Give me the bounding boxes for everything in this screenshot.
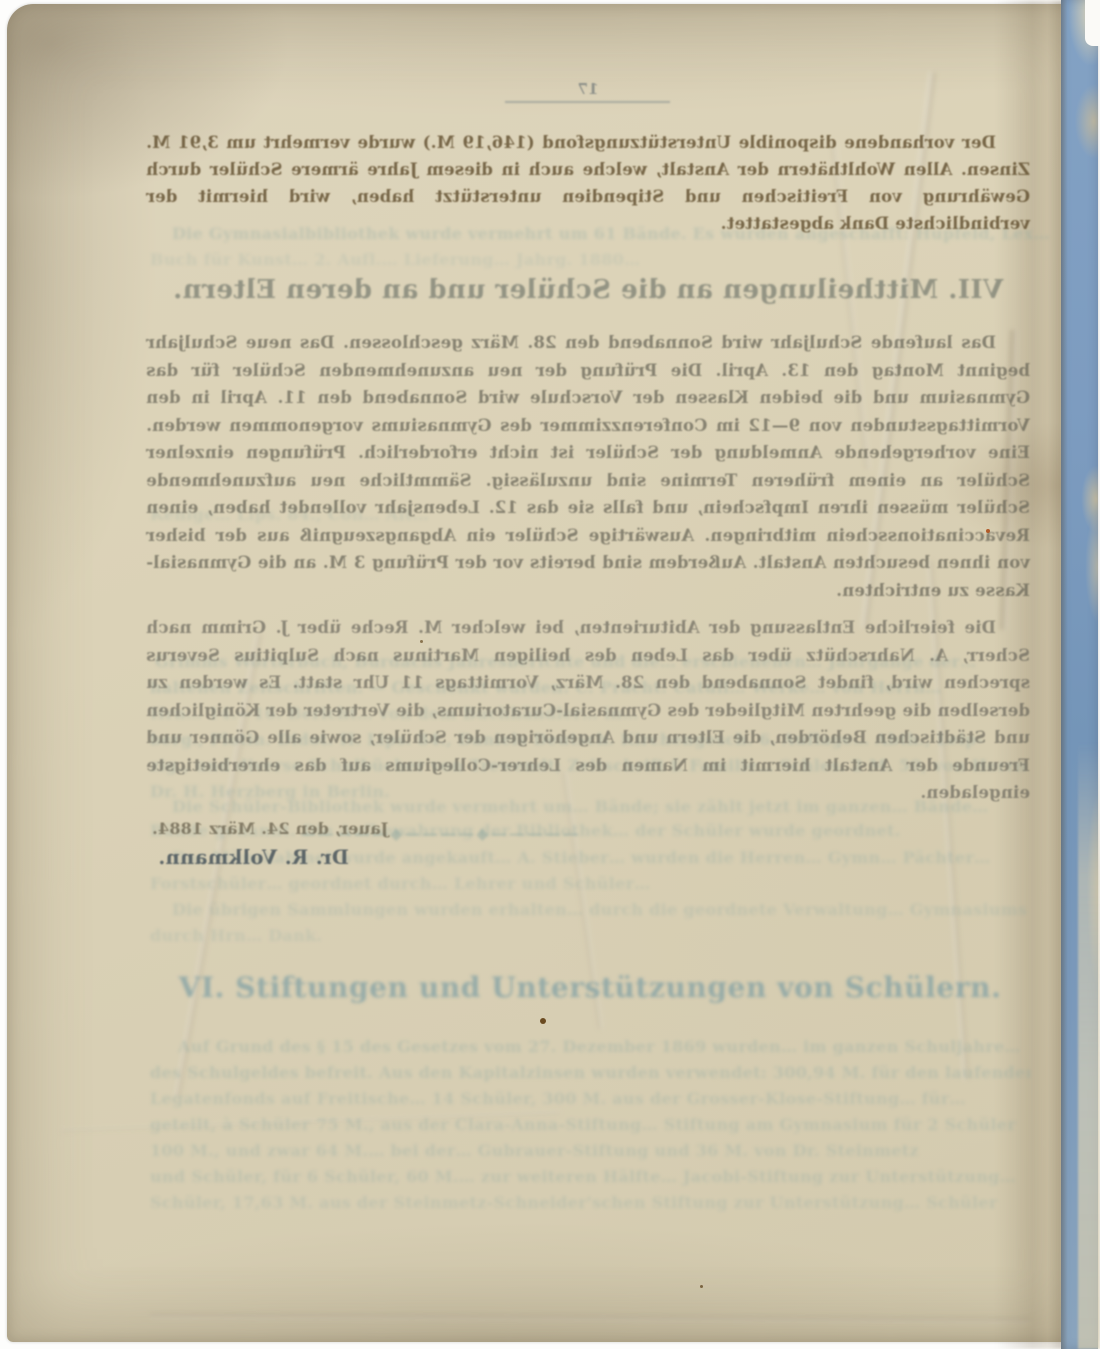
blue-edge-worn-patches xyxy=(1078,0,1100,1349)
signature: Dr. R. Volkmann. xyxy=(158,846,1030,869)
scan-background-corner xyxy=(1085,0,1100,46)
paragraph-schuljahr: Das laufende Schuljahr wird Sonnabend de… xyxy=(146,329,1030,604)
page-number: 17 xyxy=(146,80,1030,98)
paragraph-entlassung: Die feierliche Entlassung der Abiturient… xyxy=(146,614,1030,807)
paragraph-unterstuetzungsfond: Der vorhandene disponible Unterstützungs… xyxy=(146,129,1030,237)
page-number-rule xyxy=(506,101,671,103)
section-heading-vii: VII. Mittheilungen an die Schüler und an… xyxy=(146,275,1030,305)
showthrough-layer: 17 Der vorhandene disponible Unterstützu… xyxy=(146,80,1030,869)
dateline: Jauer, den 24. März 1884. xyxy=(152,819,1030,838)
scanned-page: { "document": { "kind": "aged paper scan… xyxy=(0,0,1100,1349)
